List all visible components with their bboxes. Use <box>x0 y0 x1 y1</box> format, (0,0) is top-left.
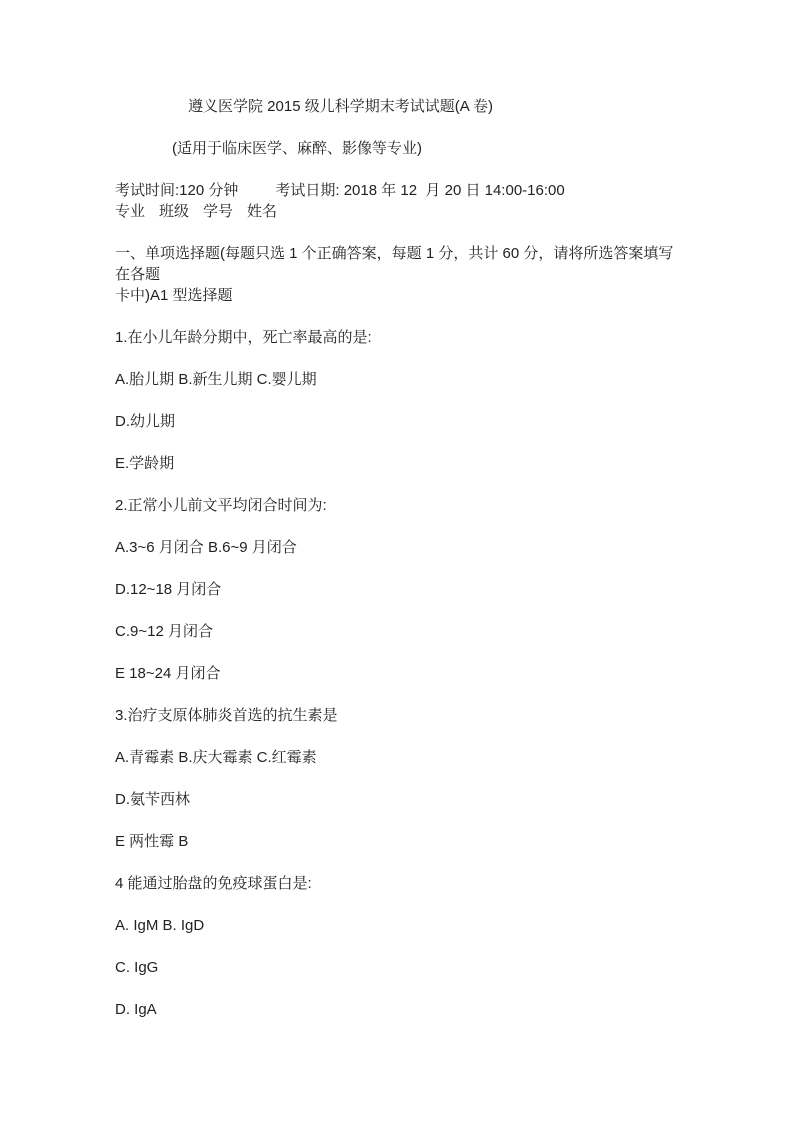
document-content: 遵义医学院 2015 级儿科学期末考试试题(A 卷) (适用于临床医学、麻醉、影… <box>115 96 687 1041</box>
field-label-major: 专业 <box>115 203 145 220</box>
question-2-option-c: C.9~12 月闭合 <box>115 621 687 642</box>
question-3-stem: 3.治疗支原体肺炎首选的抗生素是 <box>115 705 687 726</box>
exam-document-page: 遵义医学院 2015 级儿科学期末考试试题(A 卷) (适用于临床医学、麻醉、影… <box>0 0 793 1122</box>
question-4-stem: 4 能通过胎盘的免疫球蛋白是: <box>115 873 687 894</box>
section-heading-line-1: 一、单项选择题(每题只选 1 个正确答案，每题 1 分，共计 60 分，请将所选… <box>115 243 687 285</box>
field-label-student-id: 学号 <box>203 203 233 220</box>
field-label-name: 姓名 <box>247 203 277 220</box>
question-3-option-e: E 两性霉 B <box>115 831 687 852</box>
document-subtitle: (适用于临床医学、麻醉、影像等专业) <box>172 138 687 159</box>
question-3-option-d: D.氨苄西林 <box>115 789 687 810</box>
student-fields-row: 专业班级学号姓名 <box>115 201 687 222</box>
field-label-class: 班级 <box>159 203 189 220</box>
section-heading-line-2: 卡中)A1 型选择题 <box>115 285 687 306</box>
question-2-option-d: D.12~18 月闭合 <box>115 579 687 600</box>
question-2-option-e: E 18~24 月闭合 <box>115 663 687 684</box>
question-2-options-ab: A.3~6 月闭合 B.6~9 月闭合 <box>115 537 687 558</box>
question-1: 1.在小儿年龄分期中，死亡率最高的是: A.胎儿期 B.新生儿期 C.婴儿期 D… <box>115 327 687 474</box>
question-1-options-abc: A.胎儿期 B.新生儿期 C.婴儿期 <box>115 369 687 390</box>
question-1-option-d: D.幼儿期 <box>115 411 687 432</box>
question-4-options-ab: A. IgM B. IgD <box>115 915 687 936</box>
document-title: 遵义医学院 2015 级儿科学期末考试试题(A 卷) <box>188 96 687 117</box>
question-4-option-d: D. IgA <box>115 999 687 1020</box>
question-3-options-abc: A.青霉素 B.庆大霉素 C.红霉素 <box>115 747 687 768</box>
exam-info-row: 考试时间:120 分钟考试日期: 2018 年 12 月 20 日 14:00-… <box>115 180 687 201</box>
question-3: 3.治疗支原体肺炎首选的抗生素是 A.青霉素 B.庆大霉素 C.红霉素 D.氨苄… <box>115 705 687 852</box>
question-2-stem: 2.正常小儿前文平均闭合时间为: <box>115 495 687 516</box>
question-1-option-e: E.学龄期 <box>115 453 687 474</box>
exam-date-text: 考试日期: 2018 年 12 月 20 日 14:00-16:00 <box>275 182 564 199</box>
question-2: 2.正常小儿前文平均闭合时间为: A.3~6 月闭合 B.6~9 月闭合 D.1… <box>115 495 687 684</box>
question-1-stem: 1.在小儿年龄分期中，死亡率最高的是: <box>115 327 687 348</box>
section-heading: 一、单项选择题(每题只选 1 个正确答案，每题 1 分，共计 60 分，请将所选… <box>115 243 687 306</box>
question-4-option-c: C. IgG <box>115 957 687 978</box>
exam-time-text: 考试时间:120 分钟 <box>115 182 238 199</box>
question-4: 4 能通过胎盘的免疫球蛋白是: A. IgM B. IgD C. IgG D. … <box>115 873 687 1020</box>
